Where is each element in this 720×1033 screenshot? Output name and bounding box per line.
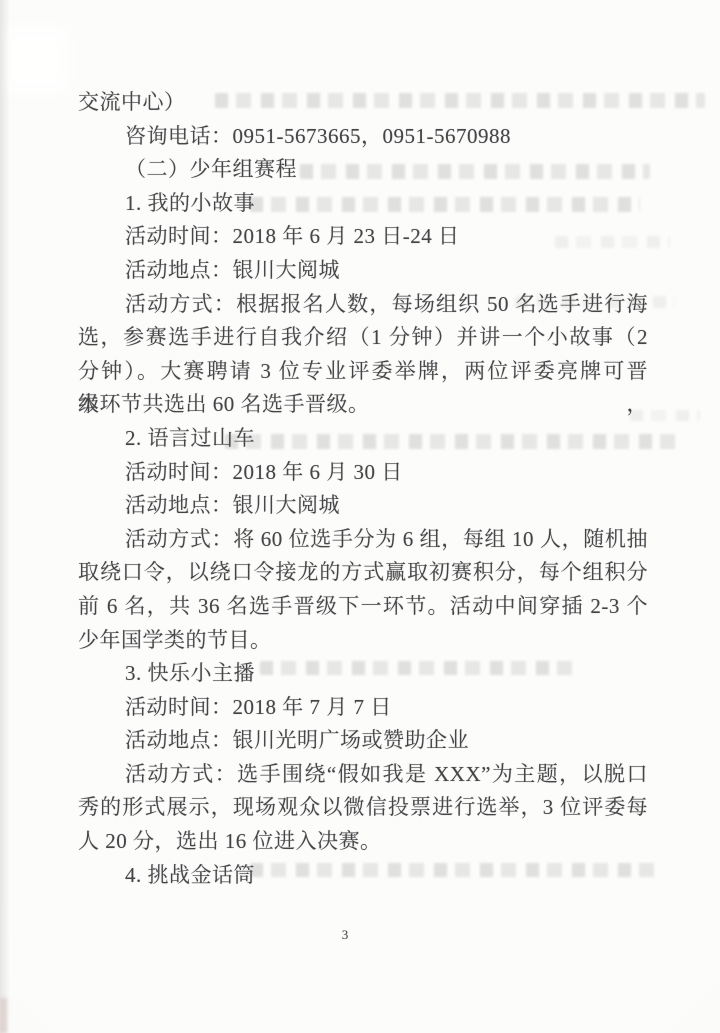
text-line: 选，参赛选手进行自我介绍（1 分钟）并讲一个小故事（2 bbox=[78, 321, 648, 355]
text-line: 3. 快乐小主播 bbox=[78, 657, 648, 691]
text-line: 分钟）。大赛聘请 3 位专业评委举牌，两位评委亮牌可晋级， bbox=[78, 355, 648, 389]
text-line: 人 20 分，选出 16 位进入决赛。 bbox=[78, 825, 648, 859]
text-line: 活动方式：将 60 位选手分为 6 组，每组 10 人，随机抽 bbox=[78, 523, 648, 557]
text-line: 活动方式：根据报名人数，每场组织 50 名选手进行海 bbox=[78, 288, 648, 322]
page-number: 3 bbox=[0, 927, 690, 943]
corner-ink-smudge bbox=[0, 998, 7, 1033]
text-line: 前 6 名，共 36 名选手晋级下一环节。活动中间穿插 2-3 个 bbox=[78, 590, 648, 624]
text-line: 活动地点：银川大阅城 bbox=[78, 489, 648, 523]
paper-left-edge-shadow bbox=[0, 0, 10, 1033]
scanned-document-page: { "document": { "lines": [ {"text": "交流中… bbox=[0, 0, 720, 1033]
text-line: 1. 我的小故事 bbox=[78, 187, 648, 221]
text-line: 交流中心） bbox=[78, 86, 648, 120]
text-line: 2. 语言过山车 bbox=[78, 422, 648, 456]
text-line: 秀的形式展示，现场观众以微信投票进行选举，3 位评委每 bbox=[78, 791, 648, 825]
text-line: 少年国学类的节目。 bbox=[78, 624, 648, 658]
text-line: 活动时间：2018 年 6 月 23 日-24 日 bbox=[78, 220, 648, 254]
scan-light-patch bbox=[0, 25, 70, 95]
text-line: 4. 挑战金话筒 bbox=[78, 859, 648, 893]
document-body: 交流中心）咨询电话：0951-5673665，0951-5670988（二）少年… bbox=[78, 86, 648, 892]
text-line: （二）少年组赛程 bbox=[78, 153, 648, 187]
text-line: 活动时间：2018 年 6 月 30 日 bbox=[78, 456, 648, 490]
text-line: 活动时间：2018 年 7 月 7 日 bbox=[78, 691, 648, 725]
text-line: 取绕口令，以绕口令接龙的方式赢取初赛积分，每个组积分 bbox=[78, 556, 648, 590]
text-line: 咨询电话：0951-5673665，0951-5670988 bbox=[78, 120, 648, 154]
text-line: 活动地点：银川大阅城 bbox=[78, 254, 648, 288]
text-line: 活动方式：选手围绕“假如我是 XXX”为主题，以脱口 bbox=[78, 758, 648, 792]
text-line: 活动地点：银川光明广场或赞助企业 bbox=[78, 724, 648, 758]
